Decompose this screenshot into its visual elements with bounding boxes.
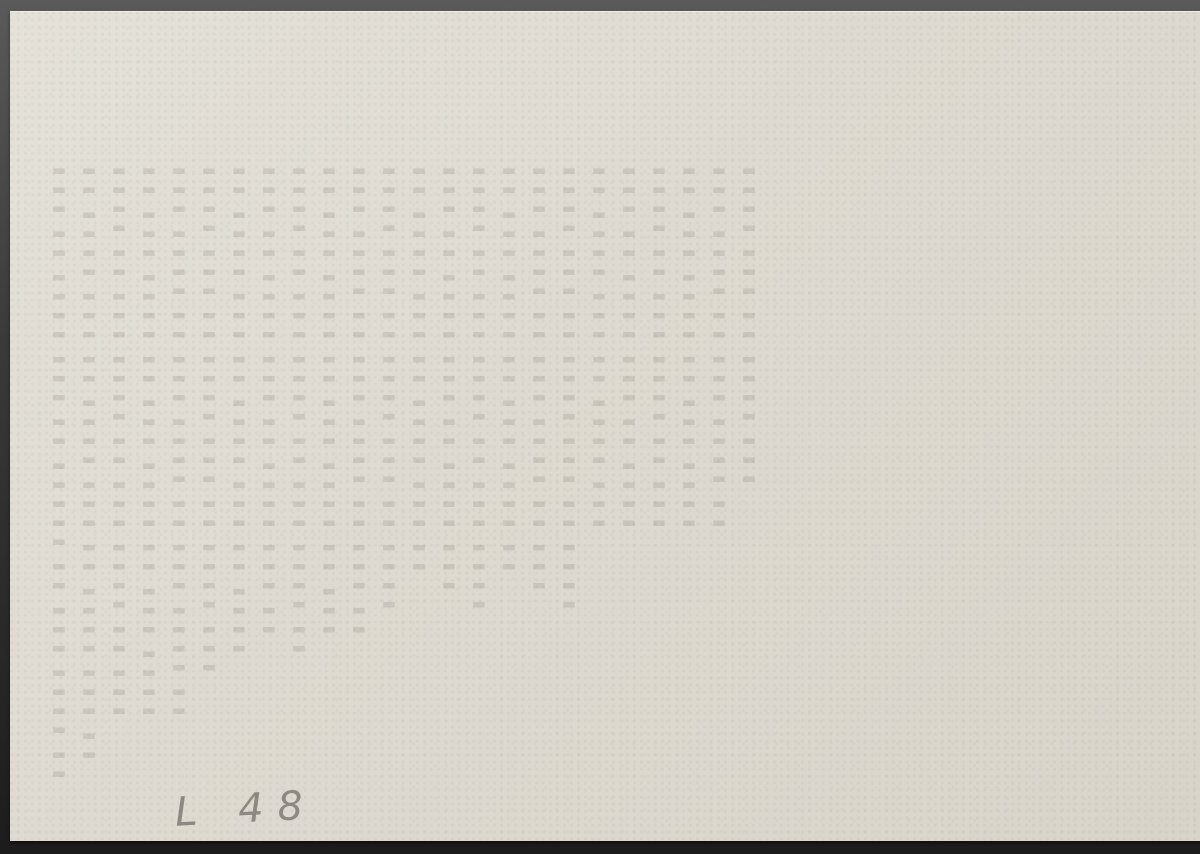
- show-through-text: ▬▬▬ ▬▬ ▬▬▬▬ ▬▬▬ ▬▬ ▬▬▬▬▬ ▬▬ ▬▬▬ ▬▬▬▬ ▬▬ …: [50, 161, 1110, 781]
- paper-sheet: ▬▬▬ ▬▬ ▬▬▬▬ ▬▬▬ ▬▬ ▬▬▬▬▬ ▬▬ ▬▬▬ ▬▬▬▬ ▬▬ …: [10, 11, 1200, 841]
- handwritten-note: L 48: [174, 782, 318, 835]
